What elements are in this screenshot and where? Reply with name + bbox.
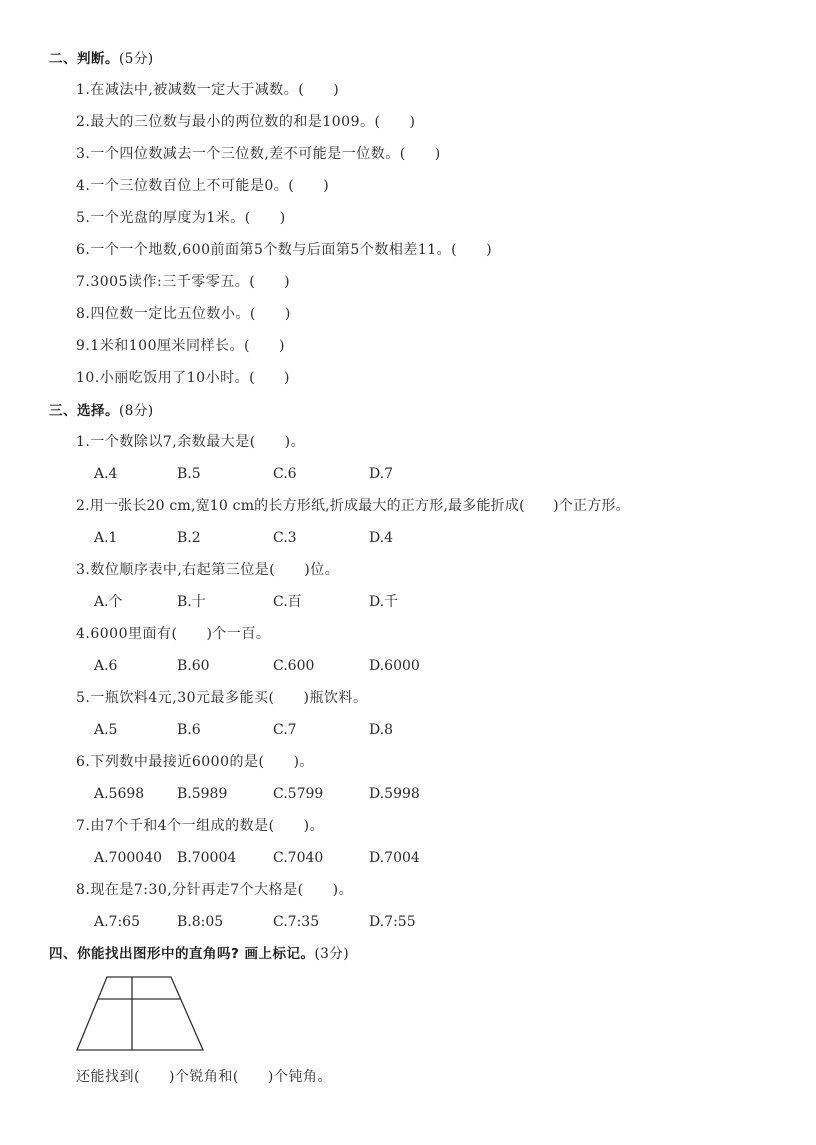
trapezoid-figure: [0, 0, 816, 1145]
angles-followup-question: 还能找到( )个锐角和( )个钝角。: [76, 1068, 332, 1086]
trapezoid-outline: [77, 977, 203, 1050]
